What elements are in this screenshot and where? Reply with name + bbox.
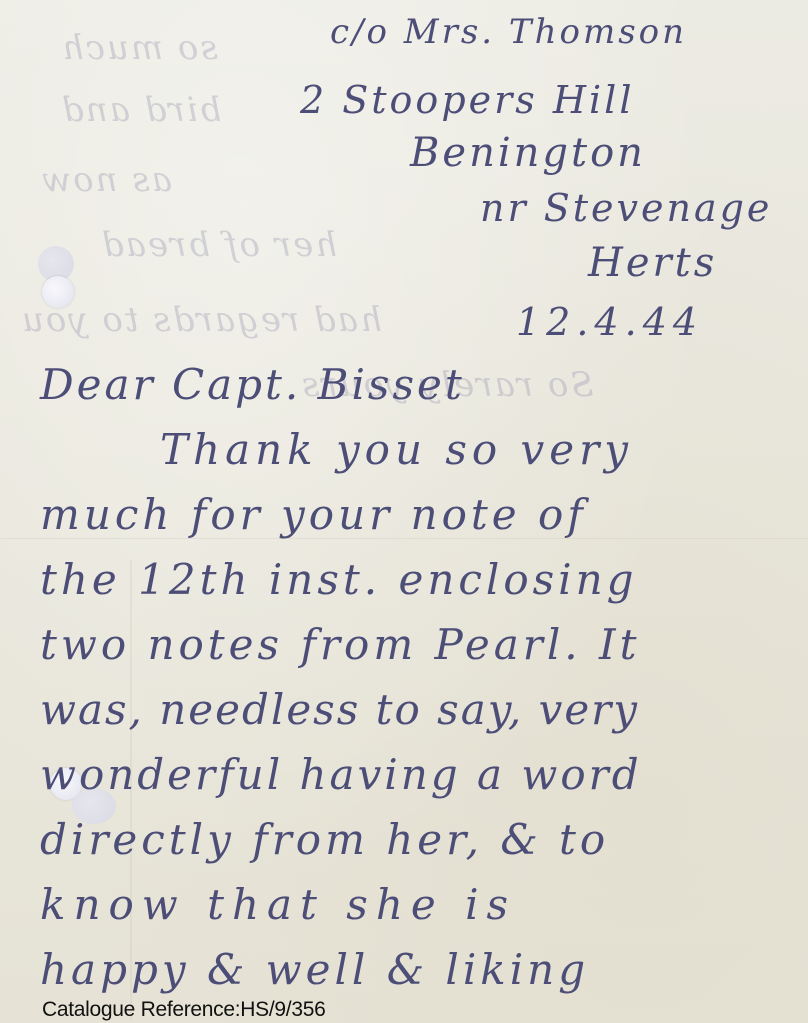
address-line: c/o Mrs. Thomson	[330, 12, 687, 52]
address-line: Herts	[588, 240, 717, 286]
letter-body-line: much for your note of	[40, 490, 587, 539]
bleed-through-text: her of bread	[100, 225, 337, 265]
letter-date: 12.4.44	[516, 300, 703, 344]
punch-hole	[42, 276, 74, 308]
letter-body-line: wonderful having a word	[40, 750, 642, 799]
address-line: 2 Stoopers Hill	[300, 78, 634, 122]
letter-body-line: directly from her, & to	[40, 815, 609, 864]
letter-body-line: two notes from Pearl. It	[40, 620, 640, 669]
catalogue-reference: Catalogue Reference:HS/9/356	[42, 997, 325, 1023]
letter-body-line: Thank you so very	[160, 425, 633, 474]
letter-body-line: know that she is	[40, 880, 516, 929]
address-line: nr Stevenage	[480, 186, 772, 230]
letter-body-line: the 12th inst. enclosing	[40, 555, 638, 604]
bleed-through-text: bird and	[60, 90, 221, 130]
letter-page: so much bird and as now her of bread had…	[0, 0, 808, 1023]
letter-body-line: happy & well & liking	[40, 945, 589, 994]
bleed-through-text: had regards to you	[20, 300, 382, 340]
letter-body-line: was, needless to say, very	[40, 685, 639, 734]
bleed-through-text: so much	[60, 28, 218, 68]
bleed-through-text: as now	[40, 160, 172, 200]
address-line: Benington	[410, 130, 646, 176]
letter-salutation: Dear Capt. Bisset	[40, 360, 465, 409]
